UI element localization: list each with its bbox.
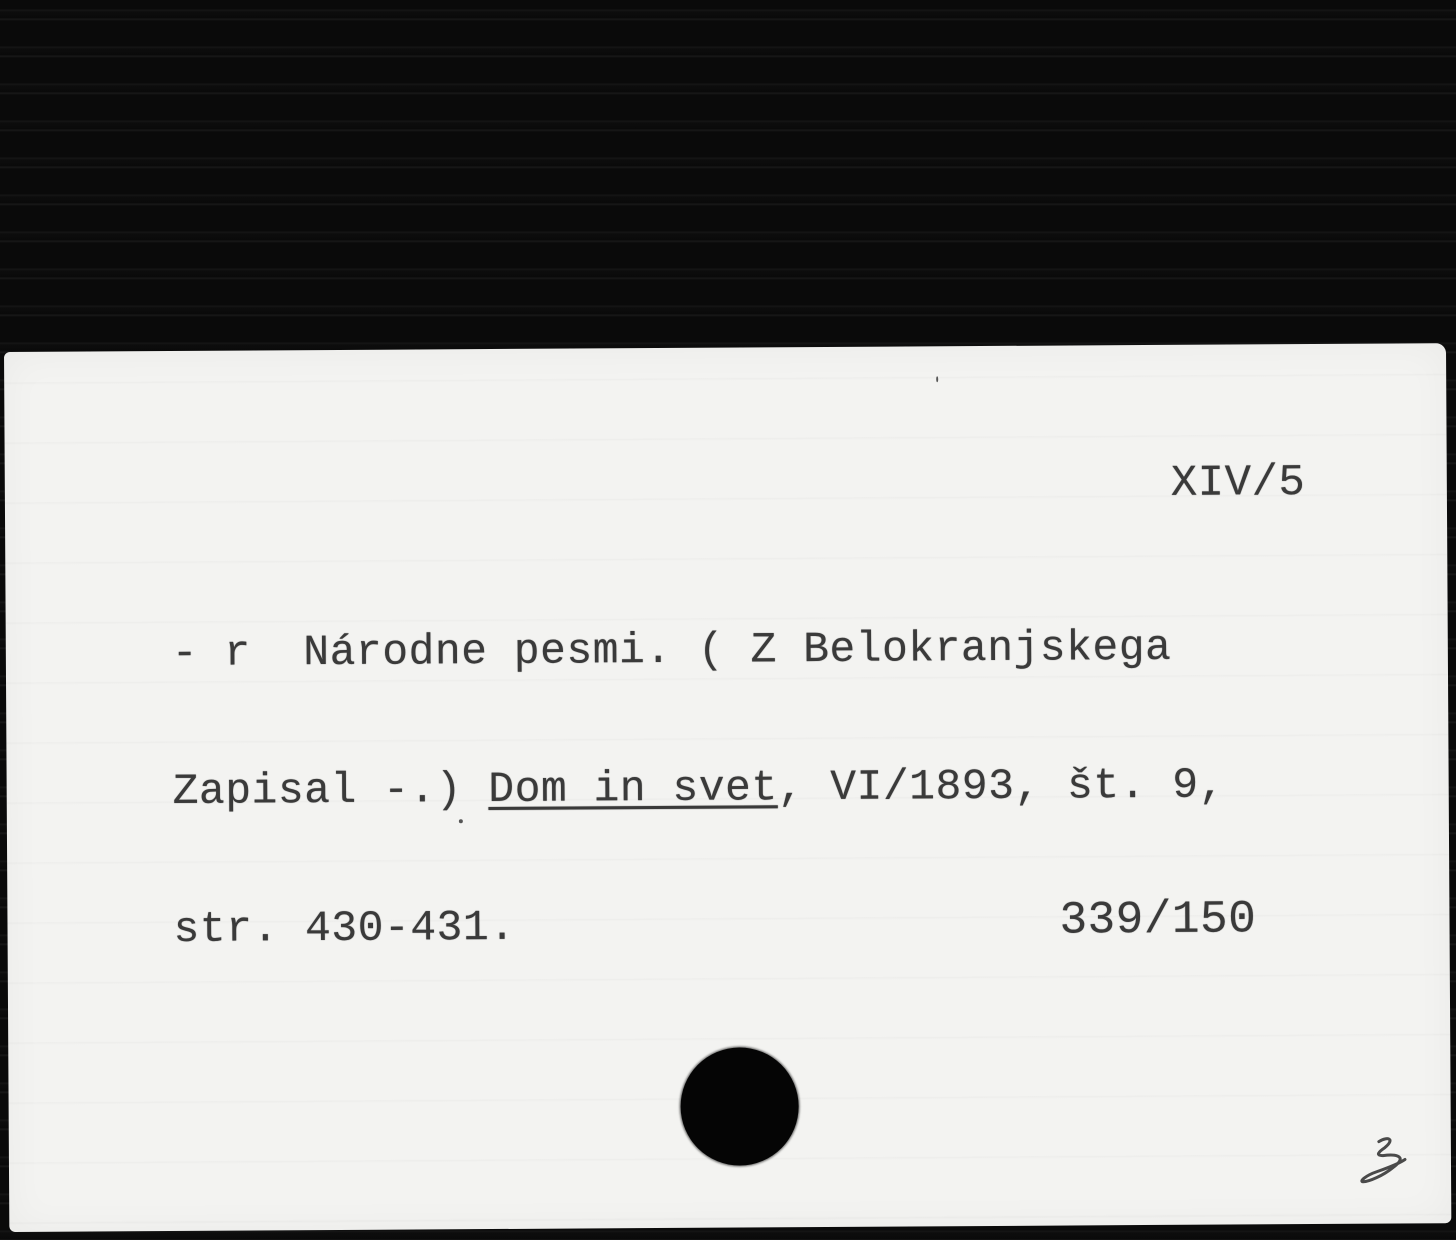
catalog-card: XIV/5 - r Národne pesmi. ( Z Belokranjsk… — [4, 343, 1451, 1232]
shelf-number: 339/150 — [1059, 896, 1256, 943]
ink-speck — [936, 376, 938, 382]
entry-line-3-text: str. 430-431. — [173, 903, 515, 954]
call-number: XIV/5 — [1171, 460, 1306, 507]
entry-line-2-prefix: Zapisal -.) — [173, 765, 489, 816]
ink-speck — [459, 819, 463, 823]
punch-hole-icon — [680, 1047, 799, 1166]
entry-line-2: Zapisal -.) Dom in svet, VI/1893, št. 9, — [173, 763, 1225, 815]
entry-line-1: - r Národne pesmi. ( Z Belokranjskega — [172, 625, 1224, 677]
journal-title: Dom in svet — [488, 763, 778, 814]
entry-line-1-text: - r Národne pesmi. ( Z Belokranjskega — [172, 623, 1172, 678]
handwritten-3-icon — [1355, 1133, 1415, 1193]
bibliographic-entry: - r Národne pesmi. ( Z Belokranjskega Za… — [171, 533, 1226, 1045]
entry-line-2-suffix: , VI/1893, št. 9, — [778, 761, 1225, 813]
